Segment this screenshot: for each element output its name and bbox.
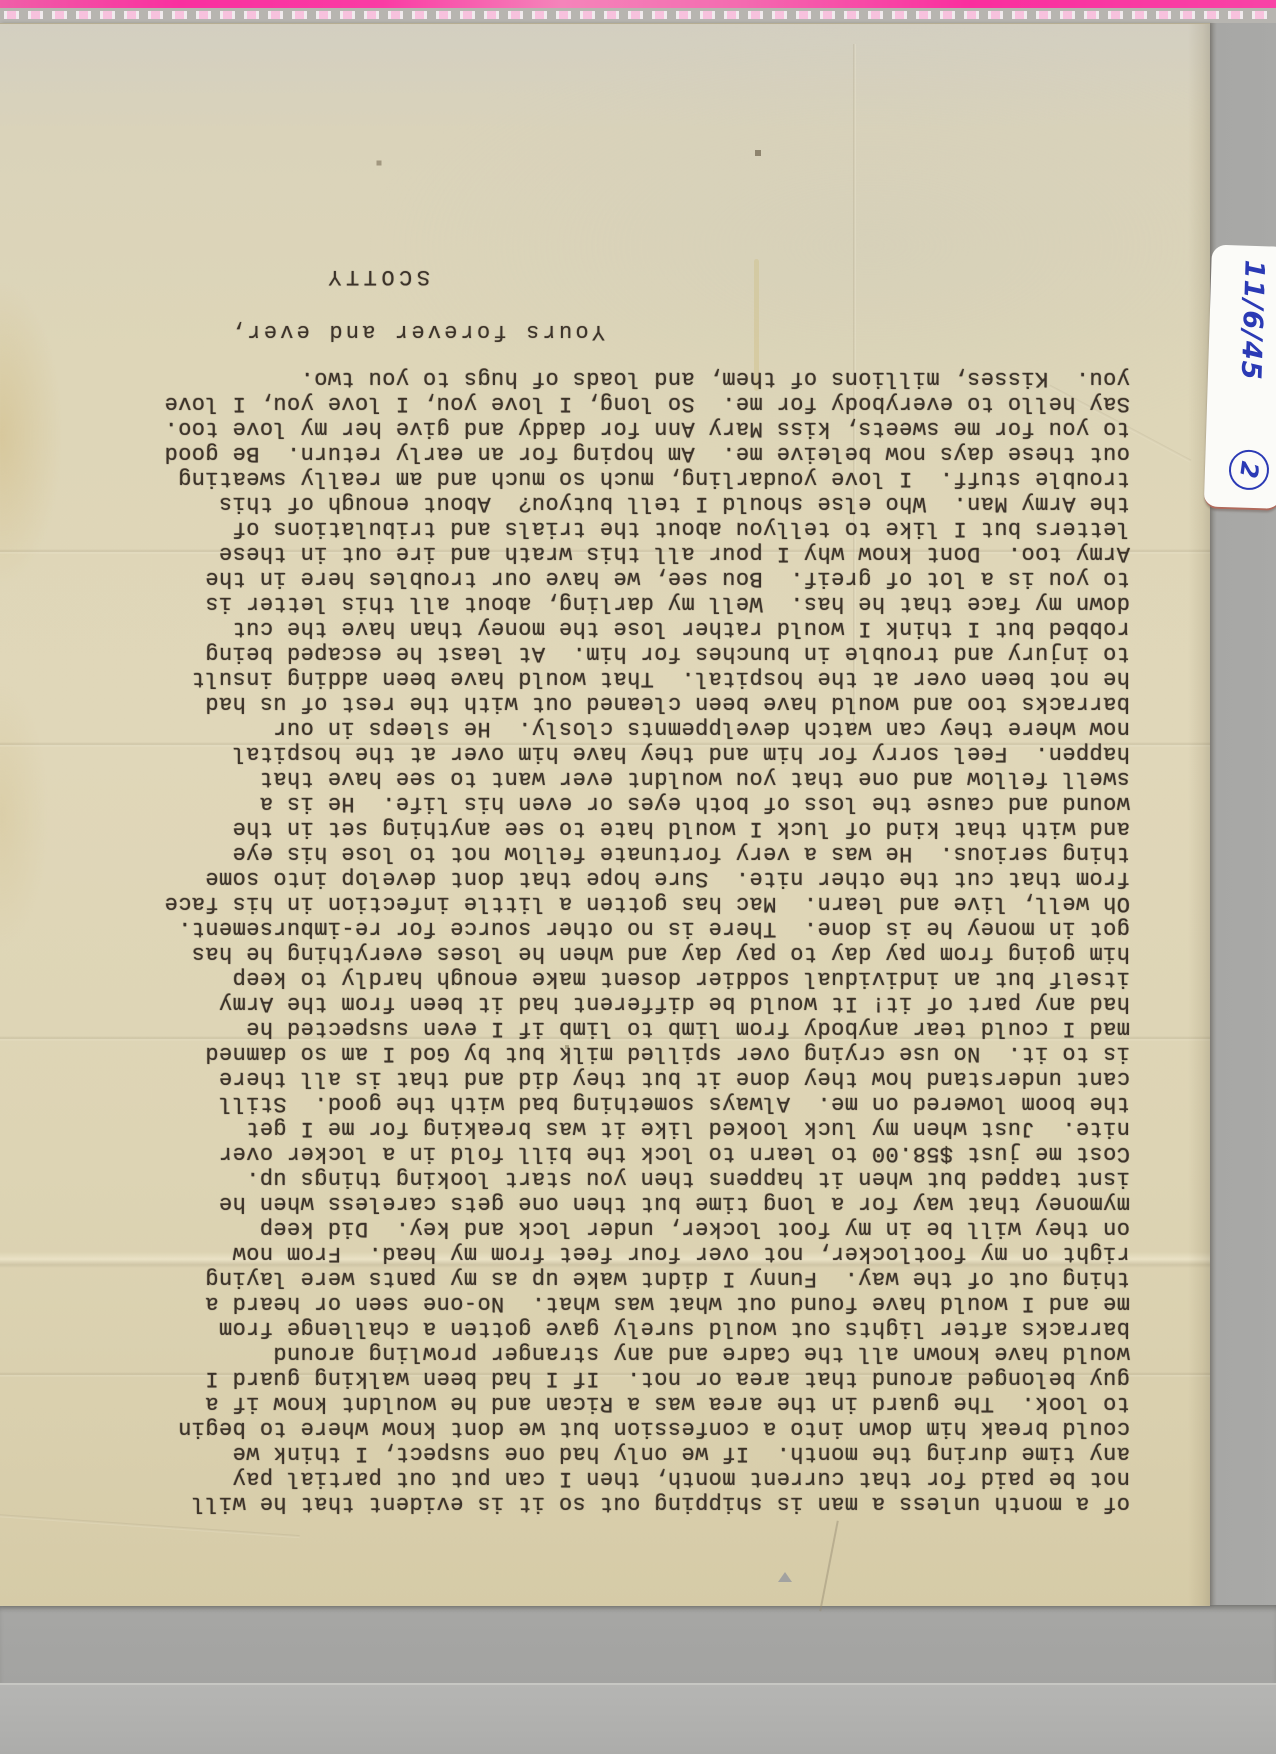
page-number-badge: 2 [1226,447,1271,492]
letter-line: could break him down into a confession b… [70,1416,1130,1441]
sleeve-background-bottom [0,1605,1276,1683]
letter-line: to you is a lot of greif. Bou see, we ha… [70,566,1130,591]
sleeve-perforation-dashes [0,11,1276,19]
letter-line: swell fellow and one that you wouldnt ev… [70,766,1130,791]
letter-line: trouble stuff. I love youdarling, much s… [70,466,1130,491]
letter-line: you. Kisses, millions of them, and loads… [70,366,1130,391]
letter-line: to you for me sweets, kiss Mary Ann for … [70,416,1130,441]
letter-line: mymoney that way for a long time but the… [70,1191,1130,1216]
letter-line: thing serious. He was a very fortunate f… [70,841,1130,866]
letter-line: to look. The guard in the area was a Ric… [70,1391,1130,1416]
letter-line: the Army Man. Who else should I tell but… [70,491,1130,516]
letter-closing: Yours forever and ever, [228,319,605,344]
letter-line: out these days now beleive me. Am hoping… [70,441,1130,466]
letter-line: itself but an individual soddier dosent … [70,966,1130,991]
letter-line: had any part of it! It would be differen… [70,991,1130,1016]
letter-line: thing out of the way. Funny I didnt wake… [70,1266,1130,1291]
letter-line: barracks after lights out would surely g… [70,1316,1130,1341]
letter-body: of a month unless a man is shipping out … [70,366,1130,1516]
letter-line: Oh well, live and learn. Mac has gotten … [70,891,1130,916]
letter-line: on they will be in my foot locker, under… [70,1216,1130,1241]
archival-label: 11/6/45 2 [1204,245,1276,511]
letter-line: would have known all the Cadre and any s… [70,1341,1130,1366]
letter-line: not be paid for that current month, then… [70,1466,1130,1491]
letter-line: got in money he is done. There is no oth… [70,916,1130,941]
letter-line: isnt tapped but when it happens then you… [70,1166,1130,1191]
letter-line: right on my footlocker, not over four fe… [70,1241,1130,1266]
letter-line: Army too. Dont know why I pour all this … [70,541,1130,566]
letter-line: guy belonged around that area or not. If… [70,1366,1130,1391]
paper-edge-notch [778,1572,792,1582]
letter-line: barracks too and would have been cleaned… [70,691,1130,716]
letter-signature: SCOTTY [324,264,430,289]
letter-line: now where they can watch develppemnts cl… [70,716,1130,741]
paper-edge-shadow [1188,24,1210,1606]
sleeve-background-bottom-fold [0,1683,1276,1754]
letter-line: any time during the month. If we only ha… [70,1441,1130,1466]
letter-paper: of a month unless a man is shipping out … [0,23,1210,1606]
letter-line: is to it. No use crying over spilled mil… [70,1041,1130,1066]
letter-line: robbed but I think I would rather lose t… [70,616,1130,641]
letter-line: Cost me just $58.00 to learn to lock the… [70,1141,1130,1166]
letter-line: Say hello to everybody for me. So long, … [70,391,1130,416]
label-date-handwritten: 11/6/45 [1235,259,1270,381]
letter-line: nite. Just when my luck looked like it w… [70,1116,1130,1141]
letter-line: he not been over at the hospital. That w… [70,666,1130,691]
letter-line: happen. Feel sorry for him and they have… [70,741,1130,766]
letter-line: and with that kind of luck I would hate … [70,816,1130,841]
letter-line: mad I could tear anybody from limb to li… [70,1016,1130,1041]
letter-line: letters but I like to tellyou about the … [70,516,1130,541]
scanned-letter-page: of a month unless a man is shipping out … [0,0,1276,1754]
letter-line: down my face that he has. Well my darlin… [70,591,1130,616]
sleeve-perforation-strip [0,8,1276,23]
letter-content-upside-down: of a month unless a man is shipping out … [0,24,1210,1606]
letter-line: of a month unless a man is shipping out … [70,1491,1130,1516]
letter-line: cant understand how they done it but the… [70,1066,1130,1091]
sleeve-pink-edge [0,0,1276,8]
letter-line: to injury and trouble in bunches for him… [70,641,1130,666]
letter-line: me and I would have found out what was w… [70,1291,1130,1316]
page-number: 2 [1236,460,1262,480]
letter-line: the boom lowered on me. Always something… [70,1091,1130,1116]
letter-line: him going from pay day to pay day and wh… [70,941,1130,966]
letter-line: wound and cause the loss of both eyes or… [70,791,1130,816]
letter-line: from that cut the other nite. Sure hope … [70,866,1130,891]
